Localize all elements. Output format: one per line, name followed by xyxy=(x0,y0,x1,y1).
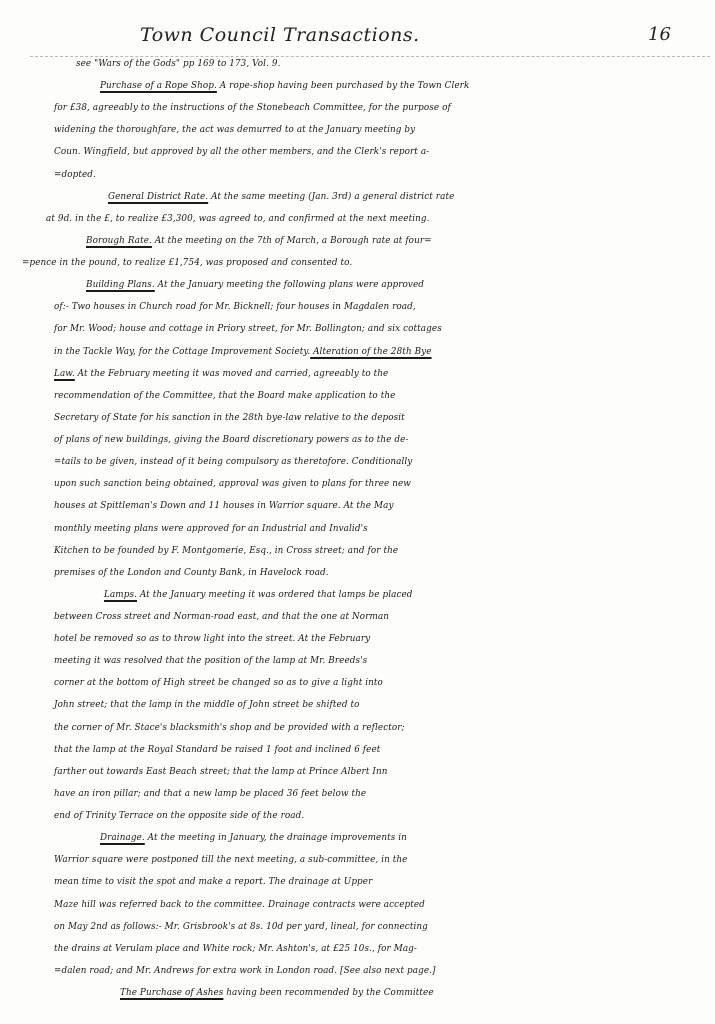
line-text: upon such sanction being obtained, appro… xyxy=(54,479,411,489)
line-text: the corner of Mr. Stace's blacksmith's s… xyxy=(54,723,405,733)
text-line: =dopted. xyxy=(0,171,715,180)
text-line: General District Rate. At the same meeti… xyxy=(0,193,715,202)
text-line: of plans of new buildings, giving the Bo… xyxy=(0,436,715,445)
line-text: At the February meeting it was moved and… xyxy=(75,369,389,379)
text-line: on May 2nd as follows:- Mr. Grisbrook's … xyxy=(0,923,715,932)
section-heading: General District Rate. xyxy=(108,192,208,202)
text-line: at 9d. in the £, to realize £3,300, was … xyxy=(0,215,715,224)
line-text: Warrior square were postponed till the n… xyxy=(54,855,407,865)
section-heading: Drainage. xyxy=(100,833,145,843)
line-text: A rope-shop having been purchased by the… xyxy=(217,81,470,91)
text-line: Coun. Wingfield, but approved by all the… xyxy=(0,148,715,157)
text-line: Lamps. At the January meeting it was ord… xyxy=(0,591,715,600)
text-line: John street; that the lamp in the middle… xyxy=(0,701,715,710)
line-text: Maze hill was referred back to the commi… xyxy=(54,900,425,910)
page-header: Town Council Transactions. 16 xyxy=(0,14,715,54)
line-text: farther out towards East Beach street; t… xyxy=(54,767,388,777)
line-text: houses at Spittleman's Down and 11 house… xyxy=(54,501,394,511)
text-line: farther out towards East Beach street; t… xyxy=(0,768,715,777)
text-line: hotel be removed so as to throw light in… xyxy=(0,635,715,644)
line-text: for £38, agreeably to the instructions o… xyxy=(54,103,451,113)
line-text: corner at the bottom of High street be c… xyxy=(54,678,383,688)
page-title: Town Council Transactions. xyxy=(140,24,420,46)
text-line: for £38, agreeably to the instructions o… xyxy=(0,104,715,113)
line-text: having been recommended by the Committee xyxy=(223,988,433,998)
line-text: =dalen road; and Mr. Andrews for extra w… xyxy=(54,966,436,976)
section-heading: Alteration of the 28th Bye xyxy=(310,347,431,357)
line-text: monthly meeting plans were approved for … xyxy=(54,524,368,534)
section-heading: Lamps. xyxy=(104,590,137,600)
header-divider xyxy=(30,56,710,57)
line-text: between Cross street and Norman-road eas… xyxy=(54,612,389,622)
line-text: At the January meeting the following pla… xyxy=(155,280,424,290)
line-text: of plans of new buildings, giving the Bo… xyxy=(54,435,409,445)
text-line: end of Trinity Terrace on the opposite s… xyxy=(0,812,715,821)
text-line: of:- Two houses in Church road for Mr. B… xyxy=(0,303,715,312)
section-heading: The Purchase of Ashes xyxy=(120,988,223,998)
line-text: end of Trinity Terrace on the opposite s… xyxy=(54,811,304,821)
line-text: Coun. Wingfield, but approved by all the… xyxy=(54,147,429,157)
line-text: have an iron pillar; and that a new lamp… xyxy=(54,789,366,799)
text-line: upon such sanction being obtained, appro… xyxy=(0,480,715,489)
line-text: at 9d. in the £, to realize £3,300, was … xyxy=(46,214,430,224)
text-line: =tails to be given, instead of it being … xyxy=(0,458,715,467)
text-line: Borough Rate. At the meeting on the 7th … xyxy=(0,237,715,246)
text-line: Drainage. At the meeting in January, the… xyxy=(0,834,715,843)
text-line: Secretary of State for his sanction in t… xyxy=(0,414,715,423)
line-text: premises of the London and County Bank, … xyxy=(54,568,329,578)
section-heading: Building Plans. xyxy=(86,280,155,290)
text-line: meeting it was resolved that the positio… xyxy=(0,657,715,666)
text-line: Kitchen to be founded by F. Montgomerie,… xyxy=(0,547,715,556)
line-text: John street; that the lamp in the middle… xyxy=(54,700,360,710)
line-text: At the meeting on the 7th of March, a Bo… xyxy=(152,236,432,246)
section-heading: Law. xyxy=(54,369,75,379)
text-line: mean time to visit the spot and make a r… xyxy=(0,878,715,887)
text-line: Warrior square were postponed till the n… xyxy=(0,856,715,865)
text-line: see "Wars of the Gods" pp 169 to 173, Vo… xyxy=(0,60,715,69)
line-text: recommendation of the Committee, that th… xyxy=(54,391,395,401)
line-text: =tails to be given, instead of it being … xyxy=(54,457,412,467)
text-line: that the lamp at the Royal Standard be r… xyxy=(0,746,715,755)
line-text: At the same meeting (Jan. 3rd) a general… xyxy=(208,192,454,202)
text-line: the drains at Verulam place and White ro… xyxy=(0,945,715,954)
text-line: the corner of Mr. Stace's blacksmith's s… xyxy=(0,724,715,733)
line-text: of:- Two houses in Church road for Mr. B… xyxy=(54,302,416,312)
line-text: for Mr. Wood; house and cottage in Prior… xyxy=(54,324,442,334)
line-text: Kitchen to be founded by F. Montgomerie,… xyxy=(54,546,398,556)
line-text: on May 2nd as follows:- Mr. Grisbrook's … xyxy=(54,922,428,932)
section-heading: Purchase of a Rope Shop. xyxy=(100,81,217,91)
text-line: corner at the bottom of High street be c… xyxy=(0,679,715,688)
text-line: Building Plans. At the January meeting t… xyxy=(0,281,715,290)
line-text: At the meeting in January, the drainage … xyxy=(145,833,407,843)
line-text: =pence in the pound, to realize £1,754, … xyxy=(22,258,352,268)
line-text: Secretary of State for his sanction in t… xyxy=(54,413,405,423)
text-line: Law. At the February meeting it was move… xyxy=(0,370,715,379)
line-text: hotel be removed so as to throw light in… xyxy=(54,634,370,644)
line-text: =dopted. xyxy=(54,170,96,180)
text-line: The Purchase of Ashes having been recomm… xyxy=(0,989,715,998)
line-text: meeting it was resolved that the positio… xyxy=(54,656,367,666)
text-line: Maze hill was referred back to the commi… xyxy=(0,901,715,910)
text-line: premises of the London and County Bank, … xyxy=(0,569,715,578)
text-line: =dalen road; and Mr. Andrews for extra w… xyxy=(0,967,715,976)
line-text: At the January meeting it was ordered th… xyxy=(137,590,413,600)
section-heading: Borough Rate. xyxy=(86,236,152,246)
line-text: widening the thoroughfare, the act was d… xyxy=(54,125,415,135)
text-line: have an iron pillar; and that a new lamp… xyxy=(0,790,715,799)
text-line: in the Tackle Way, for the Cottage Impro… xyxy=(0,348,715,357)
text-line: for Mr. Wood; house and cottage in Prior… xyxy=(0,325,715,334)
line-text: that the lamp at the Royal Standard be r… xyxy=(54,745,380,755)
page-number: 16 xyxy=(648,24,671,45)
text-line: Purchase of a Rope Shop. A rope-shop hav… xyxy=(0,82,715,91)
line-text: in the Tackle Way, for the Cottage Impro… xyxy=(54,347,310,357)
text-line: recommendation of the Committee, that th… xyxy=(0,392,715,401)
manuscript-page: Town Council Transactions. 16 see "Wars … xyxy=(0,0,715,1024)
text-line: widening the thoroughfare, the act was d… xyxy=(0,126,715,135)
text-line: between Cross street and Norman-road eas… xyxy=(0,613,715,622)
line-text: see "Wars of the Gods" pp 169 to 173, Vo… xyxy=(76,59,280,69)
text-line: monthly meeting plans were approved for … xyxy=(0,525,715,534)
line-text: mean time to visit the spot and make a r… xyxy=(54,877,372,887)
text-line: =pence in the pound, to realize £1,754, … xyxy=(0,259,715,268)
text-line: houses at Spittleman's Down and 11 house… xyxy=(0,502,715,511)
line-text: the drains at Verulam place and White ro… xyxy=(54,944,417,954)
